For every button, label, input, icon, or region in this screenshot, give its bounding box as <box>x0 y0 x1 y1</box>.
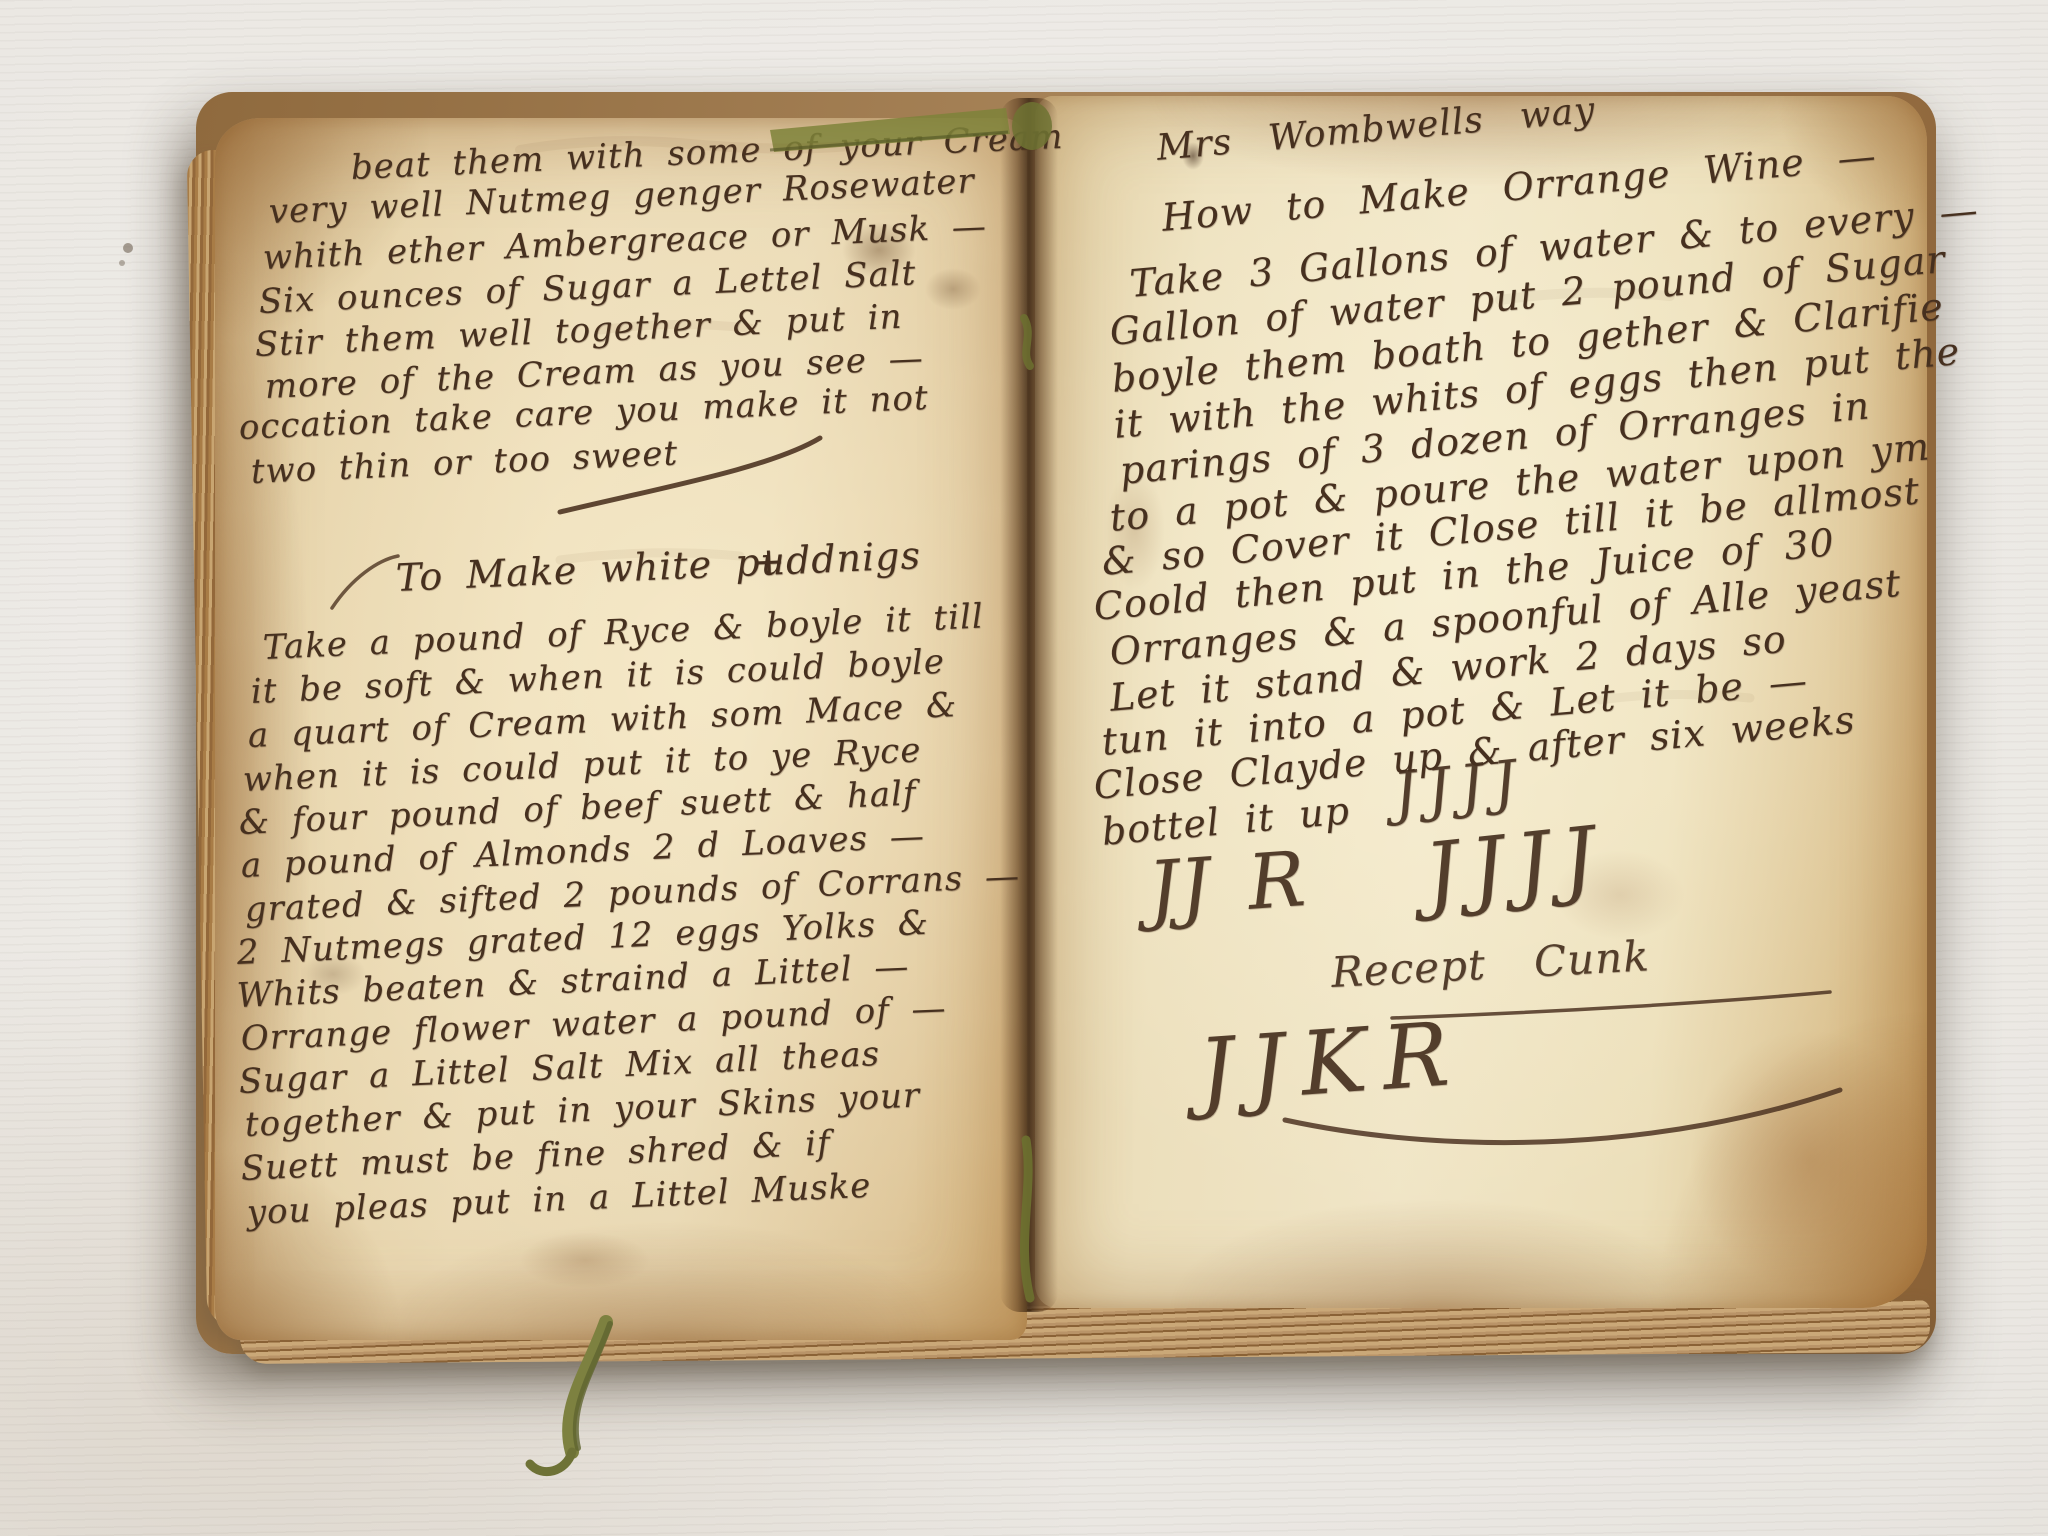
pen-flourish: JJKR <box>1195 1001 1468 1122</box>
pen-flourish: JJ R <box>1145 834 1309 934</box>
pen-flourish: JJJJ <box>1390 746 1529 828</box>
surface-speck <box>119 260 125 266</box>
heading-cross-mark: + <box>752 539 787 584</box>
pen-flourish: JJJJ <box>1420 807 1612 924</box>
ribbon-curl <box>530 1452 572 1472</box>
manuscript-photo: beat them with some of your Cream very w… <box>0 0 2048 1536</box>
surface-speck <box>123 243 133 253</box>
